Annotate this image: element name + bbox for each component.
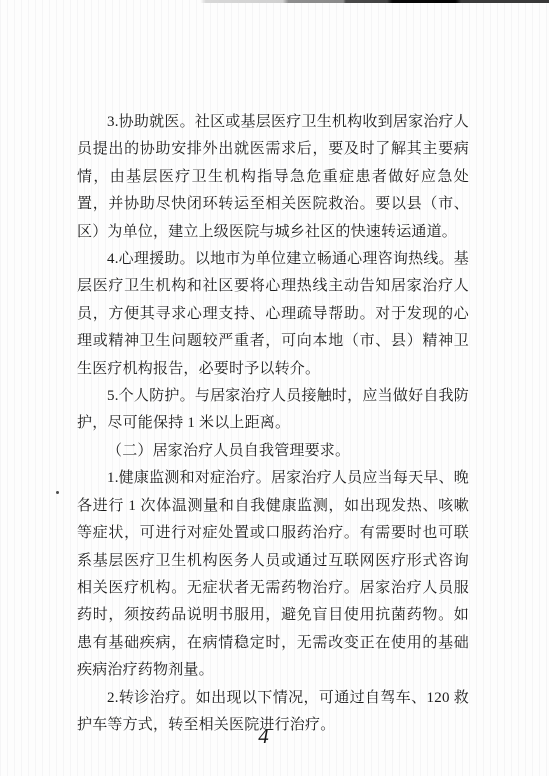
document-body: 3.协助就医。社区或基层医疗卫生机构收到居家治疗人员提出的协助安排外出就医需求后…: [77, 109, 469, 739]
paragraph-3-assist-medical-care: 3.协助就医。社区或基层医疗卫生机构收到居家治疗人员提出的协助安排外出就医需求后…: [77, 109, 469, 246]
paragraph-4-psychological-support: 4.心理援助。以地市为单位建立畅通心理咨询热线。基层医疗卫生机构和社区要将心理热…: [77, 246, 469, 383]
scanned-document-page: 3.协助就医。社区或基层医疗卫生机构收到居家治疗人员提出的协助安排外出就医需求后…: [0, 0, 549, 776]
scanner-edge-artifact: [0, 0, 549, 3]
heading-self-management-requirements: （二）居家治疗人员自我管理要求。: [77, 438, 469, 465]
page-number: 4: [0, 724, 549, 749]
ink-speck-artifact: [56, 491, 59, 494]
paragraph-5-personal-protection: 5.个人防护。与居家治疗人员接触时，应当做好自我防护，尽可能保持 1 米以上距离…: [77, 383, 469, 438]
paragraph-1-health-monitoring-treatment: 1.健康监测和对症治疗。居家治疗人员应当每天早、晚各进行 1 次体温测量和自我健…: [77, 465, 469, 684]
